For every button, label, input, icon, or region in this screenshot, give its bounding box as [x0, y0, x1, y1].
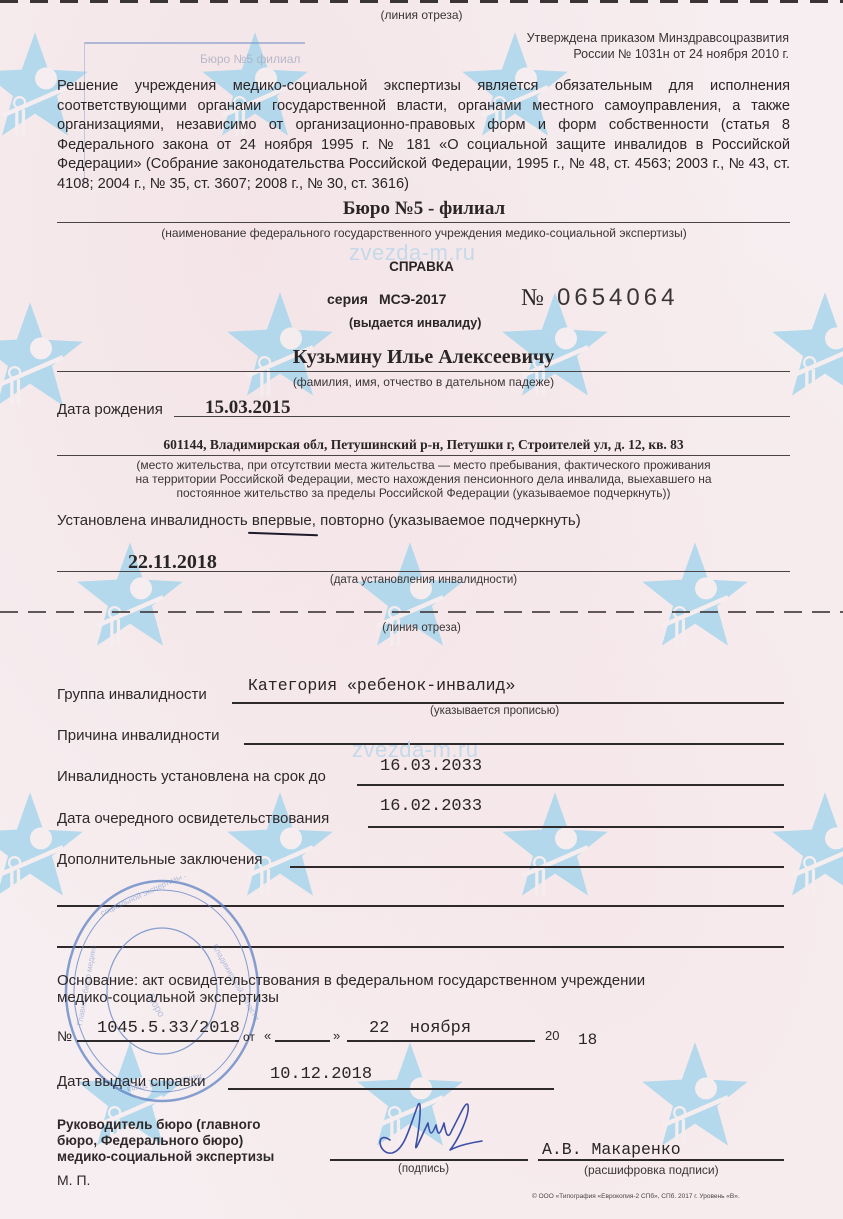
full-name-caption: (фамилия, имя, отчество в дательном паде…: [57, 375, 790, 389]
approval-line-1: Утверждена приказом Минздравсоцразвития: [527, 30, 789, 46]
act-number-sign: №: [57, 1028, 72, 1044]
number-sign: №: [521, 285, 544, 312]
group-label: Группа инвалидности: [57, 686, 207, 703]
star-watermark-icon: [770, 790, 843, 900]
cut-line-label-top: (линия отреза): [0, 8, 843, 22]
term-until-rule: [357, 784, 784, 786]
head-title: Руководитель бюро (главного бюро, Федера…: [57, 1117, 274, 1165]
star-watermark-icon: [500, 790, 610, 900]
cause-rule: [244, 743, 784, 745]
seal-label: М. П.: [57, 1172, 90, 1188]
disability-date-caption: (дата установления инвалидности): [57, 574, 790, 586]
address-caption: (место жительства, при отсутствии места …: [57, 458, 790, 500]
disability-date-rule: [57, 571, 790, 572]
full-name-value: Кузьмину Илье Алексеевичу: [57, 346, 790, 369]
cause-label: Причина инвалидности: [57, 727, 220, 744]
address-caption-line-3: постоянное жительство за пределы Российс…: [57, 486, 790, 500]
legal-paragraph: Решение учреждения медико-социальной экс…: [57, 77, 790, 194]
option-separator: ,: [312, 512, 316, 529]
institution-name: Бюро №5 - филиал: [60, 198, 788, 220]
head-name-caption: (расшифровка подписи): [584, 1163, 719, 1177]
option-repeat[interactable]: повторно: [320, 512, 384, 529]
faint-stamp-text: Бюро №5 филиал: [200, 52, 300, 66]
group-caption: (указывается прописью): [430, 705, 559, 717]
certificate-number: 0654064: [557, 284, 678, 312]
option-first-time[interactable]: впервые: [252, 512, 312, 529]
star-watermark-icon: [640, 1040, 750, 1150]
institution-rule: [57, 222, 790, 223]
series-value: МСЭ-2017: [379, 291, 446, 307]
act-day-rule: [275, 1040, 330, 1042]
approval-note: Утверждена приказом Минздравсоцразвития …: [527, 30, 789, 62]
address-caption-line-2: на территории Российской Федерации, мест…: [57, 472, 790, 486]
head-name-rule: [538, 1159, 784, 1161]
next-exam-label: Дата очередного освидетельствования: [57, 810, 329, 827]
act-year-suffix: 18: [578, 1031, 597, 1049]
signature-scribble: [370, 1095, 490, 1165]
act-number-value: 1045.5.33/2018: [97, 1019, 240, 1038]
act-date-rule: [347, 1040, 535, 1042]
middle-cut-line: [0, 611, 843, 613]
top-cut-line: [0, 0, 843, 3]
next-exam-rule: [368, 826, 784, 828]
next-exam-value: 16.02.2033: [380, 797, 482, 816]
birth-date-rule: [174, 416, 790, 417]
act-date-value: 22 ноября: [369, 1019, 471, 1038]
series-label: серия: [327, 291, 368, 307]
document-title: СПРАВКА: [0, 259, 843, 274]
act-year-prefix: 20: [545, 1028, 559, 1043]
signature-caption: (подпись): [398, 1163, 449, 1175]
head-name-value: А.В. Макаренко: [542, 1140, 681, 1159]
additional-rule-1: [290, 866, 784, 868]
issue-date-label: Дата выдачи справки: [57, 1073, 205, 1090]
handwritten-underline: [248, 532, 318, 536]
head-title-line-1: Руководитель бюро (главного: [57, 1117, 274, 1133]
head-title-line-3: медико-социальной экспертизы: [57, 1149, 274, 1165]
issue-date-value: 10.12.2018: [270, 1065, 372, 1084]
basis-text: Основание: акт освидетельствования в фед…: [57, 972, 645, 1006]
term-until-value: 16.03.2033: [380, 757, 482, 776]
institution-caption: (наименование федерального государственн…: [60, 226, 788, 240]
basis-line-1: Основание: акт освидетельствования в фед…: [57, 972, 645, 989]
birth-date-label: Дата рождения: [57, 401, 163, 418]
printer-credit: © ООО «Типография «Еврокопия-2 СПб», СПб…: [532, 1193, 740, 1200]
issue-date-rule: [228, 1088, 554, 1090]
term-until-label: Инвалидность установлена на срок до: [57, 768, 326, 785]
group-value: Категория «ребенок-инвалид»: [248, 676, 515, 695]
act-from-label: от: [243, 1030, 255, 1044]
additional-label: Дополнительные заключения: [57, 851, 262, 868]
address-value: 601144, Владимирская обл, Петушинский р-…: [57, 437, 790, 453]
address-rule: [57, 455, 790, 456]
head-title-line-2: бюро, Федерального бюро): [57, 1133, 274, 1149]
issued-to-caption: (выдается инвалиду): [349, 316, 481, 330]
full-name-rule: [57, 371, 790, 372]
basis-line-2: медико-социальной экспертизы: [57, 989, 645, 1006]
act-close-quote: »: [333, 1028, 340, 1043]
group-rule: [232, 702, 784, 704]
disability-established-suffix: (указываемое подчеркнуть): [388, 512, 580, 529]
option-first-time-label: впервые: [252, 512, 312, 529]
disability-established-line: Установлена инвалидность впервые, повтор…: [57, 512, 581, 529]
act-open-quote: «: [264, 1028, 271, 1043]
approval-line-2: России № 1031н от 24 ноября 2010 г.: [527, 46, 789, 62]
act-number-rule: [77, 1040, 239, 1042]
cut-line-label-middle: (линия отреза): [0, 622, 843, 634]
disability-established-prefix: Установлена инвалидность: [57, 512, 248, 529]
address-caption-line-1: (место жительства, при отсутствии места …: [57, 458, 790, 472]
signature-rule: [330, 1159, 528, 1161]
